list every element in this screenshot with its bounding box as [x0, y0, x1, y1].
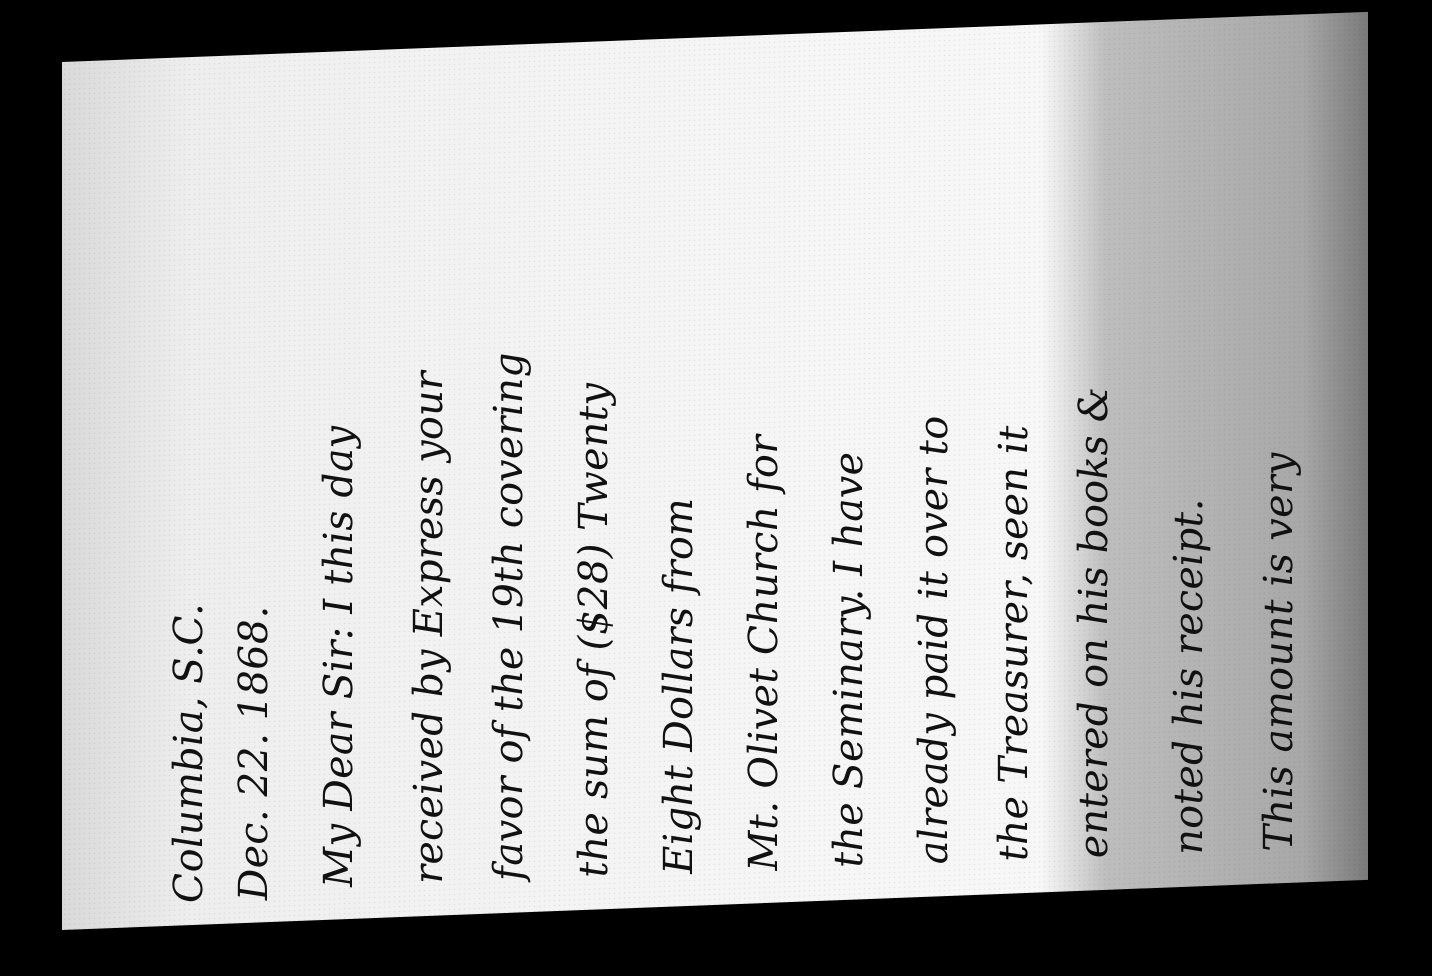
letter-line: the Seminary. I have [826, 451, 872, 869]
letter-line: Mt. Olivet Church for [741, 434, 787, 872]
letter-line: Eight Dollars from [656, 497, 702, 875]
letter-line: My Dear Sir: I this day [316, 425, 362, 888]
letter-line: the Treasurer, seen it [991, 425, 1037, 863]
letter-line: the sum of ($28) Twenty [571, 382, 617, 878]
letter-line: Dec. 22. 1868. [231, 605, 277, 901]
letter-line: Columbia, S.C. [166, 603, 212, 904]
letter-line: noted his receipt. [1166, 498, 1212, 856]
letter-line: received by Express your [406, 370, 452, 884]
letter-text: Columbia, S.C. Dec. 22. 1868. My Dear Si… [62, 12, 1368, 930]
letter-line: entered on his books & [1071, 386, 1117, 859]
letter-page: Columbia, S.C. Dec. 22. 1868. My Dear Si… [62, 12, 1368, 930]
letter-line: This amount is very [1256, 452, 1302, 852]
letter-line: favor of the 19th covering [486, 351, 532, 881]
letter-line: already paid it over to [911, 415, 957, 865]
